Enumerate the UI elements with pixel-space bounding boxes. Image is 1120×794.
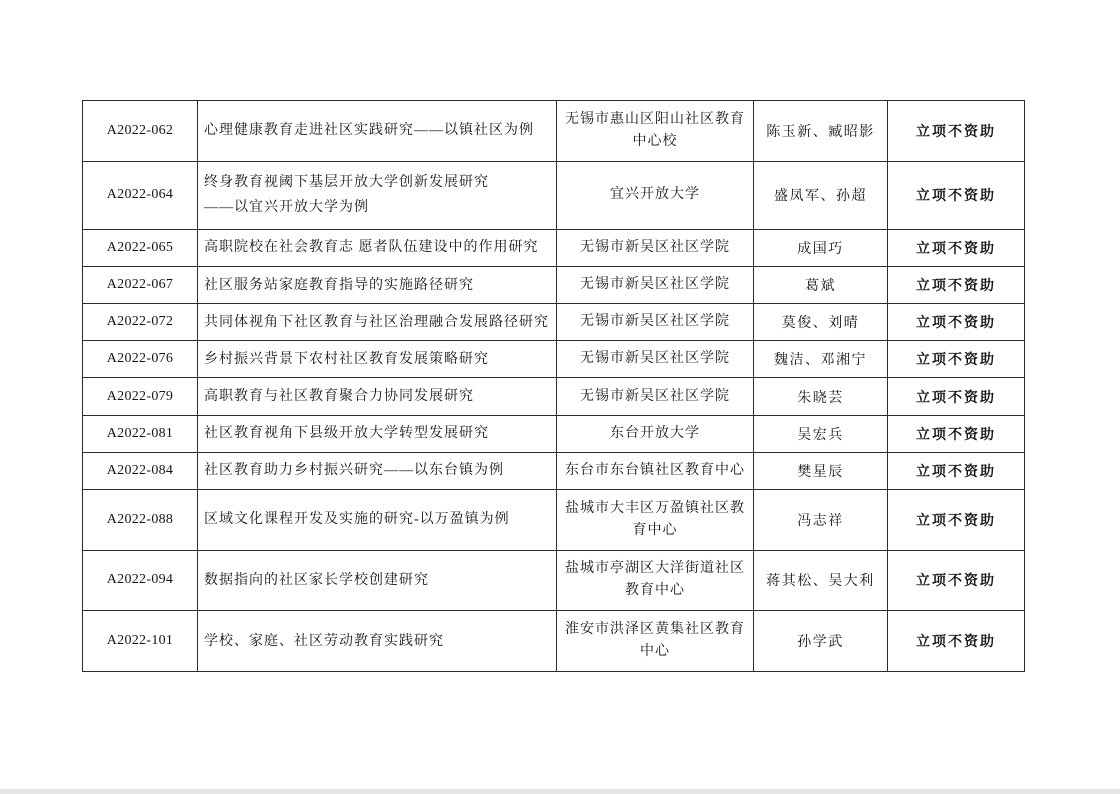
project-status: 立项不资助 bbox=[888, 489, 1025, 550]
project-status: 立项不资助 bbox=[888, 452, 1025, 489]
project-id: A2022-065 bbox=[83, 229, 198, 266]
project-id: A2022-076 bbox=[83, 341, 198, 378]
document-page: A2022-062 心理健康教育走进社区实践研究——以镇社区为例 无锡市惠山区阳… bbox=[0, 0, 1120, 789]
project-title: 社区教育助力乡村振兴研究——以东台镇为例 bbox=[198, 452, 557, 489]
project-id: A2022-081 bbox=[83, 415, 198, 452]
project-title: 区域文化课程开发及实施的研究-以万盈镇为例 bbox=[198, 489, 557, 550]
project-institution: 淮安市洪泽区黄集社区教育 中心 bbox=[557, 611, 754, 672]
project-institution: 盐城市亭湖区大洋街道社区 教育中心 bbox=[557, 550, 754, 611]
project-institution: 无锡市新吴区社区学院 bbox=[557, 304, 754, 341]
project-id: A2022-088 bbox=[83, 489, 198, 550]
table-row: A2022-094 数据指向的社区家长学校创建研究 盐城市亭湖区大洋街道社区 教… bbox=[83, 550, 1025, 611]
table-row: A2022-065 高职院校在社会教育志 愿者队伍建设中的作用研究 无锡市新吴区… bbox=[83, 229, 1025, 266]
project-institution: 无锡市新吴区社区学院 bbox=[557, 266, 754, 303]
project-leaders: 盛凤军、孙超 bbox=[754, 161, 888, 229]
project-id: A2022-094 bbox=[83, 550, 198, 611]
project-leaders: 樊星辰 bbox=[754, 452, 888, 489]
table-row: A2022-064 终身教育视阈下基层开放大学创新发展研究 ——以宜兴开放大学为… bbox=[83, 161, 1025, 229]
table-row: A2022-076 乡村振兴背景下农村社区教育发展策略研究 无锡市新吴区社区学院… bbox=[83, 341, 1025, 378]
project-id: A2022-101 bbox=[83, 611, 198, 672]
project-id: A2022-084 bbox=[83, 452, 198, 489]
project-institution: 无锡市新吴区社区学院 bbox=[557, 341, 754, 378]
project-leaders: 莫俊、刘晴 bbox=[754, 304, 888, 341]
table-row: A2022-079 高职教育与社区教育聚合力协同发展研究 无锡市新吴区社区学院 … bbox=[83, 378, 1025, 415]
project-title: 数据指向的社区家长学校创建研究 bbox=[198, 550, 557, 611]
project-title: 共同体视角下社区教育与社区治理融合发展路径研究 bbox=[198, 304, 557, 341]
project-leaders: 孙学武 bbox=[754, 611, 888, 672]
project-id: A2022-067 bbox=[83, 266, 198, 303]
project-title: 乡村振兴背景下农村社区教育发展策略研究 bbox=[198, 341, 557, 378]
project-title: 心理健康教育走进社区实践研究——以镇社区为例 bbox=[198, 101, 557, 162]
table-row: A2022-072 共同体视角下社区教育与社区治理融合发展路径研究 无锡市新吴区… bbox=[83, 304, 1025, 341]
project-title: 学校、家庭、社区劳动教育实践研究 bbox=[198, 611, 557, 672]
table-row: A2022-084 社区教育助力乡村振兴研究——以东台镇为例 东台市东台镇社区教… bbox=[83, 452, 1025, 489]
project-id: A2022-079 bbox=[83, 378, 198, 415]
project-leaders: 陈玉新、臧昭影 bbox=[754, 101, 888, 162]
project-id: A2022-064 bbox=[83, 161, 198, 229]
table-row: A2022-067 社区服务站家庭教育指导的实施路径研究 无锡市新吴区社区学院 … bbox=[83, 266, 1025, 303]
projects-table: A2022-062 心理健康教育走进社区实践研究——以镇社区为例 无锡市惠山区阳… bbox=[82, 100, 1025, 672]
project-status: 立项不资助 bbox=[888, 266, 1025, 303]
project-leaders: 冯志祥 bbox=[754, 489, 888, 550]
table-row: A2022-088 区域文化课程开发及实施的研究-以万盈镇为例 盐城市大丰区万盈… bbox=[83, 489, 1025, 550]
project-status: 立项不资助 bbox=[888, 611, 1025, 672]
project-title: 社区教育视角下县级开放大学转型发展研究 bbox=[198, 415, 557, 452]
project-id: A2022-072 bbox=[83, 304, 198, 341]
table-row: A2022-101 学校、家庭、社区劳动教育实践研究 淮安市洪泽区黄集社区教育 … bbox=[83, 611, 1025, 672]
project-status: 立项不资助 bbox=[888, 550, 1025, 611]
page-bottom-edge bbox=[0, 789, 1120, 794]
project-id: A2022-062 bbox=[83, 101, 198, 162]
project-title: 社区服务站家庭教育指导的实施路径研究 bbox=[198, 266, 557, 303]
project-leaders: 吴宏兵 bbox=[754, 415, 888, 452]
project-institution: 东台市东台镇社区教育中心 bbox=[557, 452, 754, 489]
project-title: 终身教育视阈下基层开放大学创新发展研究 ——以宜兴开放大学为例 bbox=[198, 161, 557, 229]
project-status: 立项不资助 bbox=[888, 101, 1025, 162]
project-leaders: 魏洁、邓湘宁 bbox=[754, 341, 888, 378]
project-institution: 无锡市新吴区社区学院 bbox=[557, 378, 754, 415]
project-leaders: 成国巧 bbox=[754, 229, 888, 266]
project-status: 立项不资助 bbox=[888, 304, 1025, 341]
project-status: 立项不资助 bbox=[888, 415, 1025, 452]
project-status: 立项不资助 bbox=[888, 229, 1025, 266]
project-status: 立项不资助 bbox=[888, 378, 1025, 415]
project-title: 高职院校在社会教育志 愿者队伍建设中的作用研究 bbox=[198, 229, 557, 266]
project-institution: 盐城市大丰区万盈镇社区教 育中心 bbox=[557, 489, 754, 550]
project-leaders: 蒋其松、吴大利 bbox=[754, 550, 888, 611]
project-leaders: 葛斌 bbox=[754, 266, 888, 303]
project-status: 立项不资助 bbox=[888, 341, 1025, 378]
project-institution: 无锡市惠山区阳山社区教育 中心校 bbox=[557, 101, 754, 162]
project-leaders: 朱晓芸 bbox=[754, 378, 888, 415]
project-title: 高职教育与社区教育聚合力协同发展研究 bbox=[198, 378, 557, 415]
table-row: A2022-062 心理健康教育走进社区实践研究——以镇社区为例 无锡市惠山区阳… bbox=[83, 101, 1025, 162]
project-institution: 无锡市新吴区社区学院 bbox=[557, 229, 754, 266]
table-row: A2022-081 社区教育视角下县级开放大学转型发展研究 东台开放大学 吴宏兵… bbox=[83, 415, 1025, 452]
project-institution: 宜兴开放大学 bbox=[557, 161, 754, 229]
project-institution: 东台开放大学 bbox=[557, 415, 754, 452]
project-status: 立项不资助 bbox=[888, 161, 1025, 229]
